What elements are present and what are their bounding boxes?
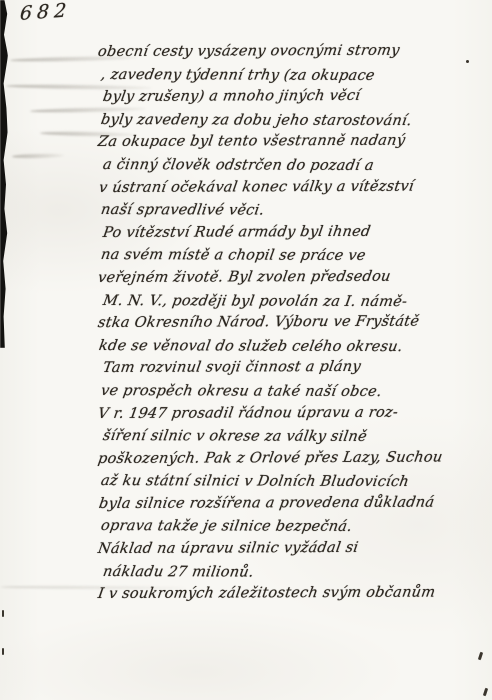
handwritten-text-block: obecní cesty vysázeny ovocnými stromy , … xyxy=(98,41,470,606)
scanned-document-page: 682 obecní cesty vysázeny ovocnými strom… xyxy=(0,0,492,700)
handwritten-line: až ku státní silnici v Dolních Bludovicí… xyxy=(99,470,471,494)
handwritten-line: stka Okresního Národ. Výboru ve Fryštátě xyxy=(96,311,472,335)
handwritten-line: Tam rozvinul svoji činnost a plány xyxy=(101,356,472,380)
handwritten-line: byla silnice rozšířena a provedena důkla… xyxy=(97,491,472,515)
handwritten-line: V r. 1947 prosadil řádnou úpravu a roz- xyxy=(96,401,472,425)
handwritten-line: šíření silnic v okrese za války silně xyxy=(101,425,471,449)
ink-speck xyxy=(2,648,4,655)
handwritten-line: veřejném životě. Byl zvolen předsedou xyxy=(96,265,472,289)
handwritten-line: poškozených. Pak z Orlové přes Lazy, Suc… xyxy=(96,446,472,470)
handwritten-line: Za okupace byl tento všestranně nadaný xyxy=(96,130,472,154)
handwritten-line: Po vítězství Rudé armády byl ihned xyxy=(101,220,472,244)
handwritten-line: I v soukromých záležitostech svým občanů… xyxy=(96,582,472,606)
handwritten-line: byly zrušeny) a mnoho jiných věcí xyxy=(101,85,472,109)
bleedthrough-smudge xyxy=(12,153,64,158)
handwritten-line: obecní cesty vysázeny ovocnými stromy xyxy=(96,39,472,63)
handwritten-line: Náklad na úpravu silnic vyžádal si xyxy=(96,536,472,560)
ink-speck xyxy=(2,610,4,617)
handwritten-line: a činný člověk odstrčen do pozadí a xyxy=(101,154,471,178)
scan-edge-artifact xyxy=(0,0,8,348)
page-number: 682 xyxy=(19,0,72,25)
handwritten-line: v ústraní očekával konec války a vítězst… xyxy=(97,175,472,199)
handwritten-line: naší spravedlivé věci. xyxy=(99,199,471,223)
ink-speck xyxy=(478,652,483,661)
ink-speck xyxy=(483,688,488,697)
handwritten-line: ve prospěch okresu a také naší obce. xyxy=(99,380,471,404)
